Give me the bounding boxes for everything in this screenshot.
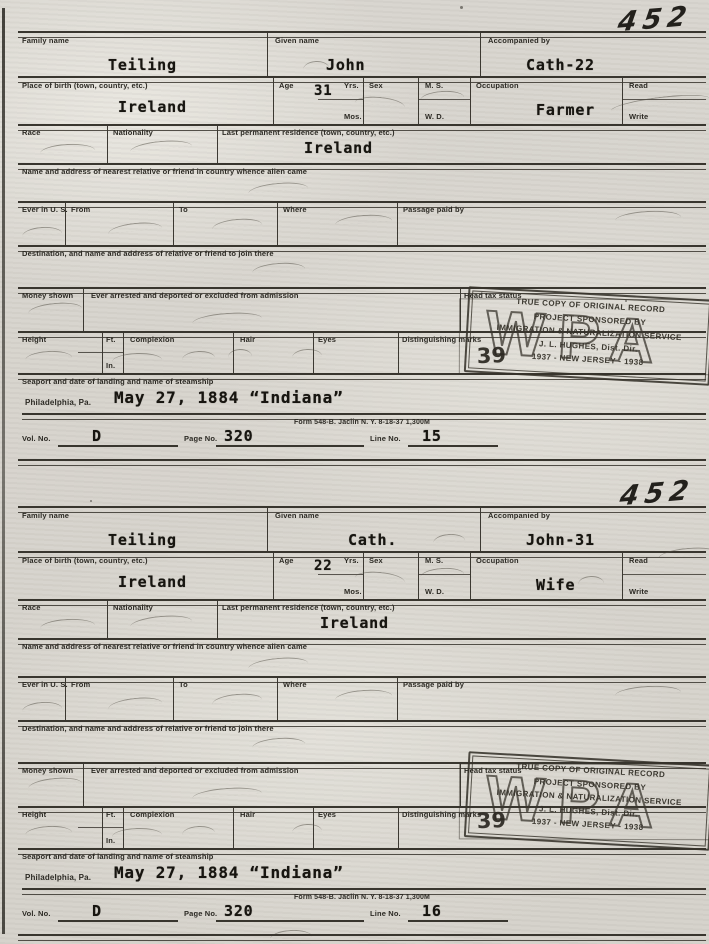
eyes-label: Eyes	[318, 810, 336, 819]
occupation-value: Wife	[536, 576, 575, 594]
pencil-mark	[108, 695, 163, 709]
divider	[480, 508, 481, 551]
pencil-mark	[112, 352, 162, 362]
mos-label: Mos.	[344, 587, 362, 596]
ever-arrested-label: Ever arrested and deported or excluded f…	[91, 766, 299, 775]
scan-speck	[90, 500, 92, 502]
divider	[217, 601, 218, 638]
pencil-mark	[292, 823, 322, 833]
age-years-value: 31	[314, 83, 332, 99]
line-no-label: Line No.	[370, 434, 401, 443]
family-name-value: Teiling	[108, 531, 177, 549]
place-of-birth-value: Ireland	[118, 573, 187, 591]
marital-status-label: M. S.	[425, 556, 443, 565]
vol-no-label: Vol. No.	[22, 434, 51, 443]
where-label: Where	[283, 205, 307, 214]
divider	[267, 508, 268, 551]
pencil-mark	[130, 613, 192, 626]
passage-paid-by-label: Passage paid by	[403, 205, 464, 214]
ever-in-us-label: Ever in U. S.	[22, 205, 68, 214]
eyes-label: Eyes	[318, 335, 336, 344]
hair-label: Hair	[240, 810, 255, 819]
complexion-label: Complexion	[130, 335, 174, 344]
ever-arrested-label: Ever arrested and deported or excluded f…	[91, 291, 299, 300]
record-card-john: Family name Given name Accompanied by Te…	[18, 31, 706, 466]
sex-label: Sex	[369, 556, 383, 565]
divider	[622, 574, 706, 575]
pencil-mark	[335, 688, 392, 700]
vol-no-label: Vol. No.	[22, 909, 51, 918]
divider	[107, 126, 108, 163]
pencil-mark	[212, 217, 263, 229]
family-name-label: Family name	[22, 36, 69, 45]
pencil-mark	[182, 350, 215, 360]
nearest-relative-label: Name and address of nearest relative or …	[22, 642, 307, 651]
race-label: Race	[22, 603, 41, 612]
pencil-mark	[252, 261, 305, 273]
from-label: From	[71, 205, 90, 214]
write-label: Write	[629, 587, 648, 596]
money-shown-label: Money shown	[22, 766, 73, 775]
pencil-mark	[25, 825, 72, 835]
divider	[65, 678, 66, 720]
underline	[408, 445, 498, 447]
stamp-handwritten-number: 39	[476, 343, 506, 368]
line-no-value: 15	[422, 427, 442, 445]
money-shown-label: Money shown	[22, 291, 73, 300]
age-label: Age	[279, 81, 294, 90]
yrs-label: Yrs.	[344, 556, 359, 565]
nearest-relative-label: Name and address of nearest relative or …	[22, 167, 307, 176]
divider	[480, 33, 481, 76]
rule	[18, 934, 706, 941]
vol-no-value: D	[92, 427, 102, 445]
last-permanent-residence-value: Ireland	[304, 139, 373, 157]
pencil-mark	[420, 566, 464, 577]
pencil-mark	[578, 576, 604, 585]
divider	[470, 78, 471, 124]
pencil-mark	[433, 533, 465, 543]
ever-in-us-label: Ever in U. S.	[22, 680, 68, 689]
yrs-label: Yrs.	[344, 81, 359, 90]
divider	[102, 333, 103, 373]
accompanied-by-label: Accompanied by	[488, 36, 550, 45]
record-card-cath: Family name Given name Accompanied by Te…	[18, 506, 706, 941]
divider	[78, 827, 123, 828]
place-of-birth-value: Ireland	[118, 98, 187, 116]
race-label: Race	[22, 128, 41, 137]
to-label: To	[179, 680, 188, 689]
given-name-label: Given name	[275, 511, 319, 520]
occupation-label: Occupation	[476, 81, 519, 90]
accompanied-by-label: Accompanied by	[488, 511, 550, 520]
last-permanent-residence-label: Last permanent residence (town, country,…	[222, 128, 395, 137]
pencil-mark	[610, 91, 709, 111]
pencil-mark	[28, 776, 82, 789]
page-no-value: 320	[224, 427, 254, 445]
divider	[83, 289, 84, 331]
pencil-mark	[335, 213, 392, 225]
wpa-verification-stamp: TRUE COPY OF ORIGINAL RECORD PROJECT SPO…	[464, 286, 709, 386]
destination-label: Destination, and name and address of rel…	[22, 249, 274, 258]
underline	[58, 445, 178, 447]
last-permanent-residence-label: Last permanent residence (town, country,…	[222, 603, 395, 612]
height-label: Height	[22, 810, 46, 819]
divider	[398, 333, 399, 373]
age-label: Age	[279, 556, 294, 565]
divider	[102, 808, 103, 848]
pencil-mark	[615, 209, 681, 220]
rule	[18, 459, 706, 466]
rule	[18, 201, 706, 208]
pencil-mark	[252, 736, 305, 748]
where-label: Where	[283, 680, 307, 689]
height-label: Height	[22, 335, 46, 344]
to-label: To	[179, 205, 188, 214]
place-of-birth-label: Place of birth (town, country, etc.)	[22, 556, 148, 565]
pencil-mark	[40, 618, 95, 629]
marital-status-label: M. S.	[425, 81, 443, 90]
rule	[18, 506, 706, 513]
divider	[622, 78, 623, 124]
divider	[418, 78, 419, 124]
complexion-label: Complexion	[130, 810, 174, 819]
pencil-mark	[108, 220, 163, 234]
wpa-verification-stamp: TRUE COPY OF ORIGINAL RECORD PROJECT SPO…	[464, 751, 709, 851]
pencil-mark	[615, 684, 681, 695]
pencil-mark	[28, 301, 82, 314]
pencil-mark	[192, 311, 262, 324]
age-years-value: 22	[314, 558, 332, 574]
family-name-value: Teiling	[108, 56, 177, 74]
write-label: Write	[629, 112, 648, 121]
read-label: Read	[629, 81, 648, 90]
seaport-city: Philadelphia, Pa.	[25, 873, 91, 882]
underline	[216, 920, 364, 922]
divider	[233, 808, 234, 848]
pencil-mark	[130, 138, 192, 151]
line-no-value: 16	[422, 902, 442, 920]
divider	[217, 126, 218, 163]
line-no-label: Line No.	[370, 909, 401, 918]
divider	[173, 203, 174, 245]
landing-date-ship-value: May 27, 1884 “Indiana”	[114, 388, 344, 407]
underline	[408, 920, 508, 922]
given-name-label: Given name	[275, 36, 319, 45]
sex-label: Sex	[369, 81, 383, 90]
seaport-city: Philadelphia, Pa.	[25, 398, 91, 407]
page-no-label: Page No.	[184, 909, 217, 918]
seaport-label: Seaport and date of landing and name of …	[22, 377, 214, 386]
accompanied-by-value: John-31	[526, 531, 595, 549]
scan-speck	[460, 6, 463, 9]
nationality-label: Nationality	[113, 128, 153, 137]
divider	[277, 678, 278, 720]
divider	[273, 78, 274, 124]
place-of-birth-label: Place of birth (town, country, etc.)	[22, 81, 148, 90]
underline	[58, 920, 178, 922]
passage-paid-by-label: Passage paid by	[403, 680, 464, 689]
page-no-value: 320	[224, 902, 254, 920]
divider	[65, 203, 66, 245]
seaport-label: Seaport and date of landing and name of …	[22, 852, 214, 861]
form-imprint: Form 548-B. Jaclin N. Y. 8-18-37 1,300M	[258, 894, 466, 901]
divider	[83, 764, 84, 806]
pencil-mark	[22, 701, 62, 712]
inches-label: In.	[106, 836, 115, 845]
divider	[273, 553, 274, 599]
scan-edge-line	[2, 8, 5, 934]
pencil-mark	[228, 349, 252, 358]
stamp-handwritten-number: 39	[476, 808, 506, 833]
feet-label: Ft.	[106, 810, 116, 819]
rule	[18, 676, 706, 683]
pencil-mark	[112, 827, 162, 837]
divider	[277, 203, 278, 245]
read-label: Read	[629, 556, 648, 565]
last-permanent-residence-value: Ireland	[320, 614, 389, 632]
pencil-mark	[212, 692, 263, 704]
divider	[173, 678, 174, 720]
rule	[18, 31, 706, 38]
divider	[107, 601, 108, 638]
accompanied-by-value: Cath-22	[526, 56, 595, 74]
pencil-mark	[40, 143, 95, 154]
given-name-value: John	[326, 56, 365, 74]
hair-label: Hair	[240, 335, 255, 344]
scanned-immigration-record-page: 452 452 Family name Given name Accompani…	[0, 0, 709, 944]
occupation-value: Farmer	[536, 101, 595, 119]
divider	[123, 333, 124, 373]
form-imprint: Form 548-B. Jaclin N. Y. 8-18-37 1,300M	[258, 419, 466, 426]
mos-label: Mos.	[344, 112, 362, 121]
divider	[397, 678, 398, 720]
widowed-divorced-label: W. D.	[425, 112, 444, 121]
divider	[397, 203, 398, 245]
landing-date-ship-value: May 27, 1884 “Indiana”	[114, 863, 344, 882]
nationality-label: Nationality	[113, 603, 153, 612]
divider	[123, 808, 124, 848]
inches-label: In.	[106, 361, 115, 370]
pencil-mark	[25, 350, 72, 360]
occupation-label: Occupation	[476, 556, 519, 565]
underline	[216, 445, 364, 447]
feet-label: Ft.	[106, 335, 116, 344]
pencil-mark	[192, 786, 262, 799]
divider	[267, 33, 268, 76]
divider	[398, 808, 399, 848]
destination-label: Destination, and name and address of rel…	[22, 724, 274, 733]
pencil-mark	[182, 825, 215, 835]
from-label: From	[71, 680, 90, 689]
given-name-value: Cath.	[348, 531, 397, 549]
divider	[78, 352, 123, 353]
divider	[622, 553, 623, 599]
widowed-divorced-label: W. D.	[425, 587, 444, 596]
pencil-mark	[292, 348, 322, 358]
pencil-mark	[248, 655, 308, 668]
family-name-label: Family name	[22, 511, 69, 520]
divider	[470, 553, 471, 599]
page-no-label: Page No.	[184, 434, 217, 443]
divider	[418, 553, 419, 599]
pencil-mark	[248, 180, 308, 193]
vol-no-value: D	[92, 902, 102, 920]
pencil-mark	[22, 226, 62, 237]
